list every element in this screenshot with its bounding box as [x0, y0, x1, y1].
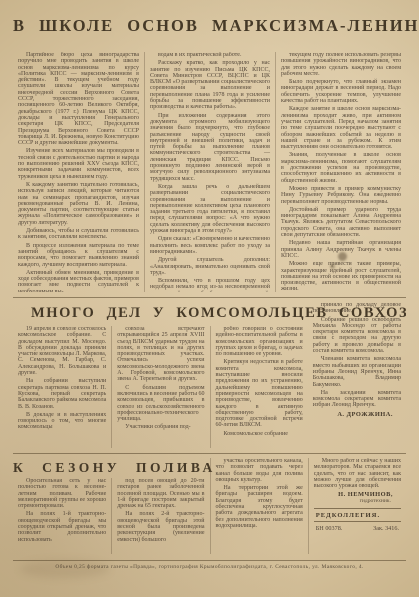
- article-komsomol-column-1: 19 апреля в совхозе состоялось комсомоль…: [13, 326, 111, 448]
- paragraph: Много работ и сейчас у наших мелиораторо…: [314, 458, 401, 489]
- paragraph: Членами комитета комсомола вместо выбывш…: [313, 356, 401, 387]
- paragraph: Собрание решило освободить Михаила Мосен…: [313, 317, 401, 355]
- paragraph: водам в их практической работе.: [150, 52, 270, 58]
- paragraph: Недавно наша партийная организация приня…: [281, 240, 401, 259]
- paragraph: Расскажу кратко, как проходило у нас зан…: [150, 60, 270, 110]
- paragraph: Партийное бюро цеха виноградарства поруч…: [18, 52, 139, 146]
- article-komsomol-headline-cell: МНОГО ДЕЛ У КОМСОМОЛЬЦЕВ СОВХОЗА: [13, 302, 308, 326]
- article-komsomol-column-4-text: приняло по докладу деловое постановление…: [313, 302, 401, 409]
- paragraph: Комсомольское собрание: [216, 431, 303, 437]
- paragraph: Активный обмен мнениями, приведение в хо…: [18, 270, 139, 292]
- article-irrigation-column-2: под посев овощей до 20-ти гектаров ранее…: [111, 478, 209, 554]
- article-irrigation: К СЕЗОНУ ПОЛИВА Оросительная сеть у нас …: [13, 458, 406, 554]
- paragraph: совхоза встречают открывающийся 25 апрел…: [117, 326, 204, 383]
- section-divider: [13, 297, 406, 298]
- article-school-of-marxism: В ШКОЛЕ ОСНОВ МАРКСИЗМА-ЛЕНИНИЗМА Партий…: [13, 16, 406, 292]
- article-school-column-3-text: текущем году полнее использовать резервы…: [281, 52, 401, 292]
- article-komsomol-column-3: робно говорили о состоянии идейно-воспит…: [210, 326, 308, 448]
- article-irrigation-column-4: Много работ и сейчас у наших мелиораторо…: [308, 458, 406, 554]
- article-komsomol: МНОГО ДЕЛ У КОМСОМОЛЬЦЕВ СОВХОЗА приняло…: [13, 302, 406, 448]
- paragraph: Знания, полученные в школе основ марксиз…: [281, 152, 401, 183]
- paragraph: В процессе изложения материала по теме з…: [18, 243, 139, 268]
- paragraph: На собрании выступили секретарь парткома…: [18, 378, 106, 409]
- paragraph: На полях 1-й тракторно-овощеводческой бр…: [18, 511, 106, 542]
- article-school-column-1: Партийное бюро цеха виноградарства поруч…: [13, 52, 144, 292]
- article-irrigation-signature-role: гидротехник.: [314, 498, 401, 504]
- article-school-headline: В ШКОЛЕ ОСНОВ МАРКСИЗМА-ЛЕНИНИЗМА: [13, 16, 406, 36]
- colophon: РЕДКОЛЛЕГИЯ. БН 00378. Зак. 3416.: [314, 508, 401, 533]
- newspaper-page: В ШКОЛЕ ОСНОВ МАРКСИЗМА-ЛЕНИНИЗМА Партий…: [0, 0, 419, 597]
- article-school-column-3: текущем году полнее использовать резервы…: [275, 52, 406, 292]
- paragraph: В докладе и в выступлениях говорилось о …: [18, 412, 106, 431]
- section-divider: [13, 453, 406, 454]
- paragraph: текущем году полнее использовать резервы…: [281, 52, 401, 77]
- article-school-columns: Партийное бюро цеха виноградарства поруч…: [13, 52, 406, 292]
- paragraph: приняло по докладу деловое постановление…: [313, 302, 401, 315]
- paragraph: Можно еще привести такие примеры, характ…: [281, 261, 401, 292]
- article-irrigation-columns: К СЕЗОНУ ПОЛИВА Оросительная сеть у нас …: [13, 458, 406, 554]
- paragraph: К каждому занятию тщательно готовилась, …: [18, 182, 139, 226]
- article-irrigation-headline-cell: К СЕЗОНУ ПОЛИВА: [13, 458, 210, 478]
- article-irrigation-headline: К СЕЗОНУ ПОЛИВА: [13, 458, 210, 476]
- editorial-board-label: РЕДКОЛЛЕГИЯ.: [314, 508, 401, 522]
- paragraph: При изложении содержания этого документа…: [150, 113, 270, 182]
- paragraph: Можно привести в пример коммунистку Нину…: [281, 186, 401, 205]
- paragraph: Критикуя недостатки в работе комитета ко…: [216, 359, 303, 428]
- paragraph: Оросительная сеть у нас полностью готова…: [18, 478, 106, 509]
- paragraph: Участники собрания под-: [117, 424, 204, 430]
- paragraph: На заседании комитета комсомола секретар…: [313, 390, 401, 409]
- order-number: Зак. 3416.: [373, 525, 399, 532]
- paragraph: На полях 2-й тракторно-овощеводческой бр…: [117, 511, 204, 542]
- print-numbers: БН 00378. Зак. 3416.: [314, 524, 401, 533]
- article-komsomol-headline: МНОГО ДЕЛ У КОМСОМОЛЬЦЕВ СОВХОЗА: [13, 302, 308, 322]
- paragraph: Добиваюсь, чтобы и слушатели готовились …: [18, 228, 139, 241]
- paragraph: робно говорили о состоянии идейно-воспит…: [216, 326, 303, 357]
- paragraph: Другой слушатель дополнил: «Анализироват…: [150, 257, 270, 276]
- article-irrigation-column-4-text: Много работ и сейчас у наших мелиораторо…: [314, 458, 401, 489]
- paragraph: Каждое занятие в школе основ марксизма-л…: [281, 106, 401, 150]
- paragraph: Вспомнили, что в прошлом году цех недобр…: [150, 278, 270, 292]
- paragraph: Было подчеркнуто, что главный экзамен ви…: [281, 79, 401, 104]
- paragraph: 19 апреля в совхозе состоялось комсомоль…: [18, 326, 106, 376]
- paragraph: С большим подъемом включились в весенние…: [117, 385, 204, 423]
- article-komsomol-column-4: приняло по докладу деловое постановление…: [308, 302, 406, 448]
- article-komsomol-column-2: совхоза встречают открывающийся 25 апрел…: [111, 326, 209, 448]
- paragraph: Когда зашла речь о дальнейшем развертыва…: [150, 184, 270, 234]
- article-komsomol-signature: А. ДРОЖЖИНА.: [313, 411, 401, 418]
- paragraph: участка оросительного канала, что позвол…: [216, 458, 303, 483]
- article-irrigation-column-1: Оросительная сеть у нас полностью готова…: [13, 478, 111, 554]
- article-irrigation-column-3: участка оросительного канала, что позвол…: [210, 458, 308, 554]
- paragraph: Достойный пример ударного труда виноград…: [281, 207, 401, 238]
- index-number: БН 00378.: [316, 525, 343, 532]
- paragraph: Один сказал: «Своевременно и качественно…: [150, 236, 270, 255]
- article-school-column-2: водам в их практической работе.Расскажу …: [144, 52, 275, 292]
- article-komsomol-columns: МНОГО ДЕЛ У КОМСОМОЛЬЦЕВ СОВХОЗА приняло…: [13, 302, 406, 448]
- article-irrigation-signature: Н. НЕМЧИНОВ,: [314, 491, 401, 498]
- paragraph: под посев овощей до 20-ти гектаров ранее…: [117, 478, 204, 509]
- imprint-line: Объем 0,25 формата газеты «Правда», горт…: [13, 560, 406, 570]
- paragraph: Изучение всех материалов мы проводили в …: [18, 148, 139, 179]
- paragraph: На территории этой же бригады расширен в…: [216, 485, 303, 529]
